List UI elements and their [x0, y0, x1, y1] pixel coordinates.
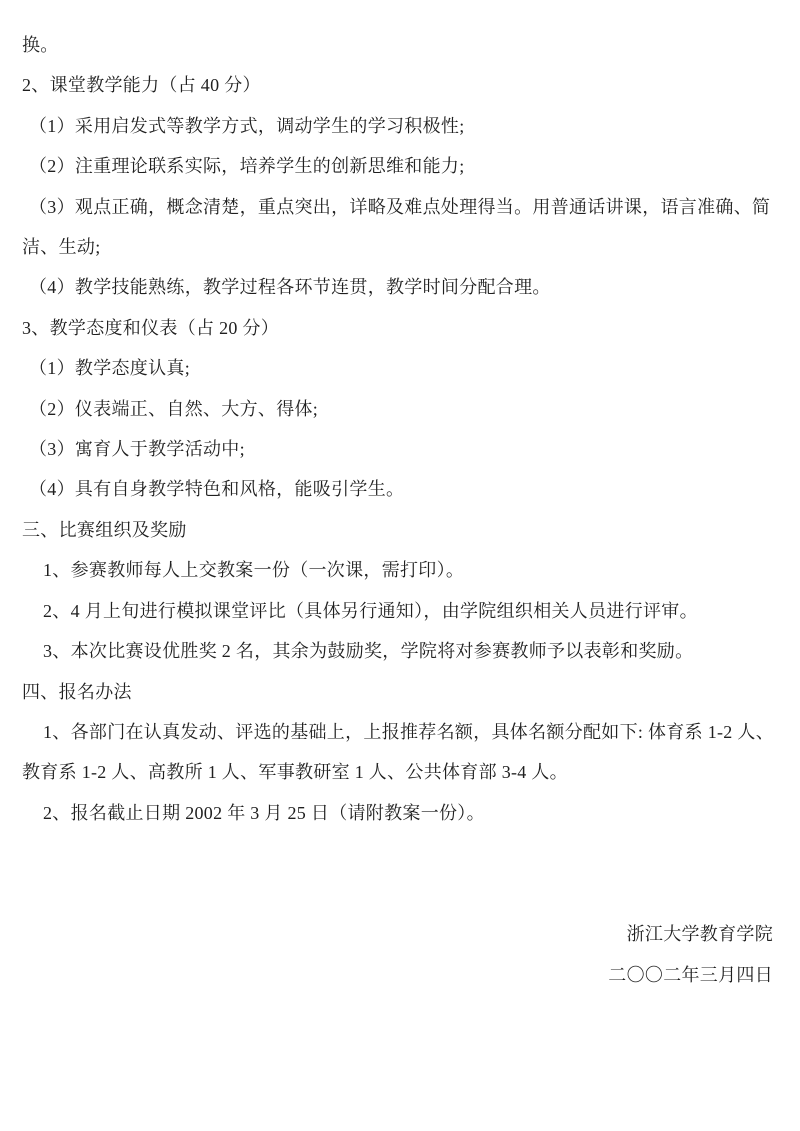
list-item: （1）采用启发式等教学方式，调动学生的学习积极性;: [22, 106, 773, 146]
signature-organization: 浙江大学教育学院: [22, 914, 773, 954]
section-heading-3: 3、教学态度和仪表（占 20 分）: [22, 308, 773, 348]
list-item: 2、报名截止日期 2002 年 3 月 25 日（请附教案一份）。: [22, 793, 773, 833]
section-heading-2: 2、课堂教学能力（占 40 分）: [22, 65, 773, 105]
continuation-line: 换。: [22, 25, 773, 65]
signature-block: 浙江大学教育学院 二〇〇二年三月四日: [22, 914, 773, 995]
list-item: 1、参赛教师每人上交教案一份（一次课，需打印）。: [22, 550, 773, 590]
list-item: 3、本次比赛设优胜奖 2 名，其余为鼓励奖，学院将对参赛教师予以表彰和奖励。: [22, 631, 773, 671]
section-heading-si: 四、报名办法: [22, 672, 773, 712]
section-heading-san: 三、比赛组织及奖励: [22, 510, 773, 550]
list-item: （4）具有自身教学特色和风格，能吸引学生。: [22, 469, 773, 509]
continuation-line: 洁、生动;: [22, 227, 773, 267]
signature-date: 二〇〇二年三月四日: [22, 955, 773, 995]
continuation-line: 教育系 1-2 人、高教所 1 人、军事教研室 1 人、公共体育部 3-4 人。: [22, 752, 773, 792]
document-page: 换。 2、课堂教学能力（占 40 分） （1）采用启发式等教学方式，调动学生的学…: [0, 0, 800, 1131]
document-body: 换。 2、课堂教学能力（占 40 分） （1）采用启发式等教学方式，调动学生的学…: [22, 25, 773, 995]
list-item: （2）仪表端正、自然、大方、得体;: [22, 389, 773, 429]
list-item: （2）注重理论联系实际，培养学生的创新思维和能力;: [22, 146, 773, 186]
list-item: （4）教学技能熟练，教学过程各环节连贯，教学时间分配合理。: [22, 267, 773, 307]
list-item: （3）寓育人于教学活动中;: [22, 429, 773, 469]
list-item: （1）教学态度认真;: [22, 348, 773, 388]
list-item: 2、4 月上旬进行模拟课堂评比（具体另行通知），由学院组织相关人员进行评审。: [22, 591, 773, 631]
list-item: （3）观点正确，概念清楚，重点突出，详略及难点处理得当。用普通话讲课，语言准确、…: [22, 187, 773, 227]
list-item: 1、各部门在认真发动、评选的基础上，上报推荐名额，具体名额分配如下: 体育系 1…: [22, 712, 773, 752]
